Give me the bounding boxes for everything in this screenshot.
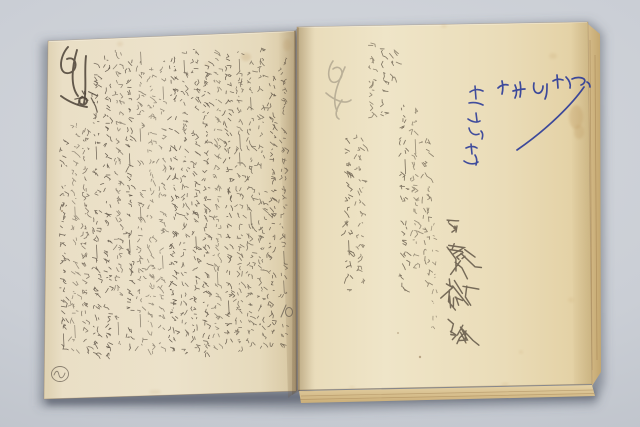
manuscript-photo [0,0,640,427]
left-page [44,31,296,399]
manuscript-photo-canvas [0,0,640,427]
